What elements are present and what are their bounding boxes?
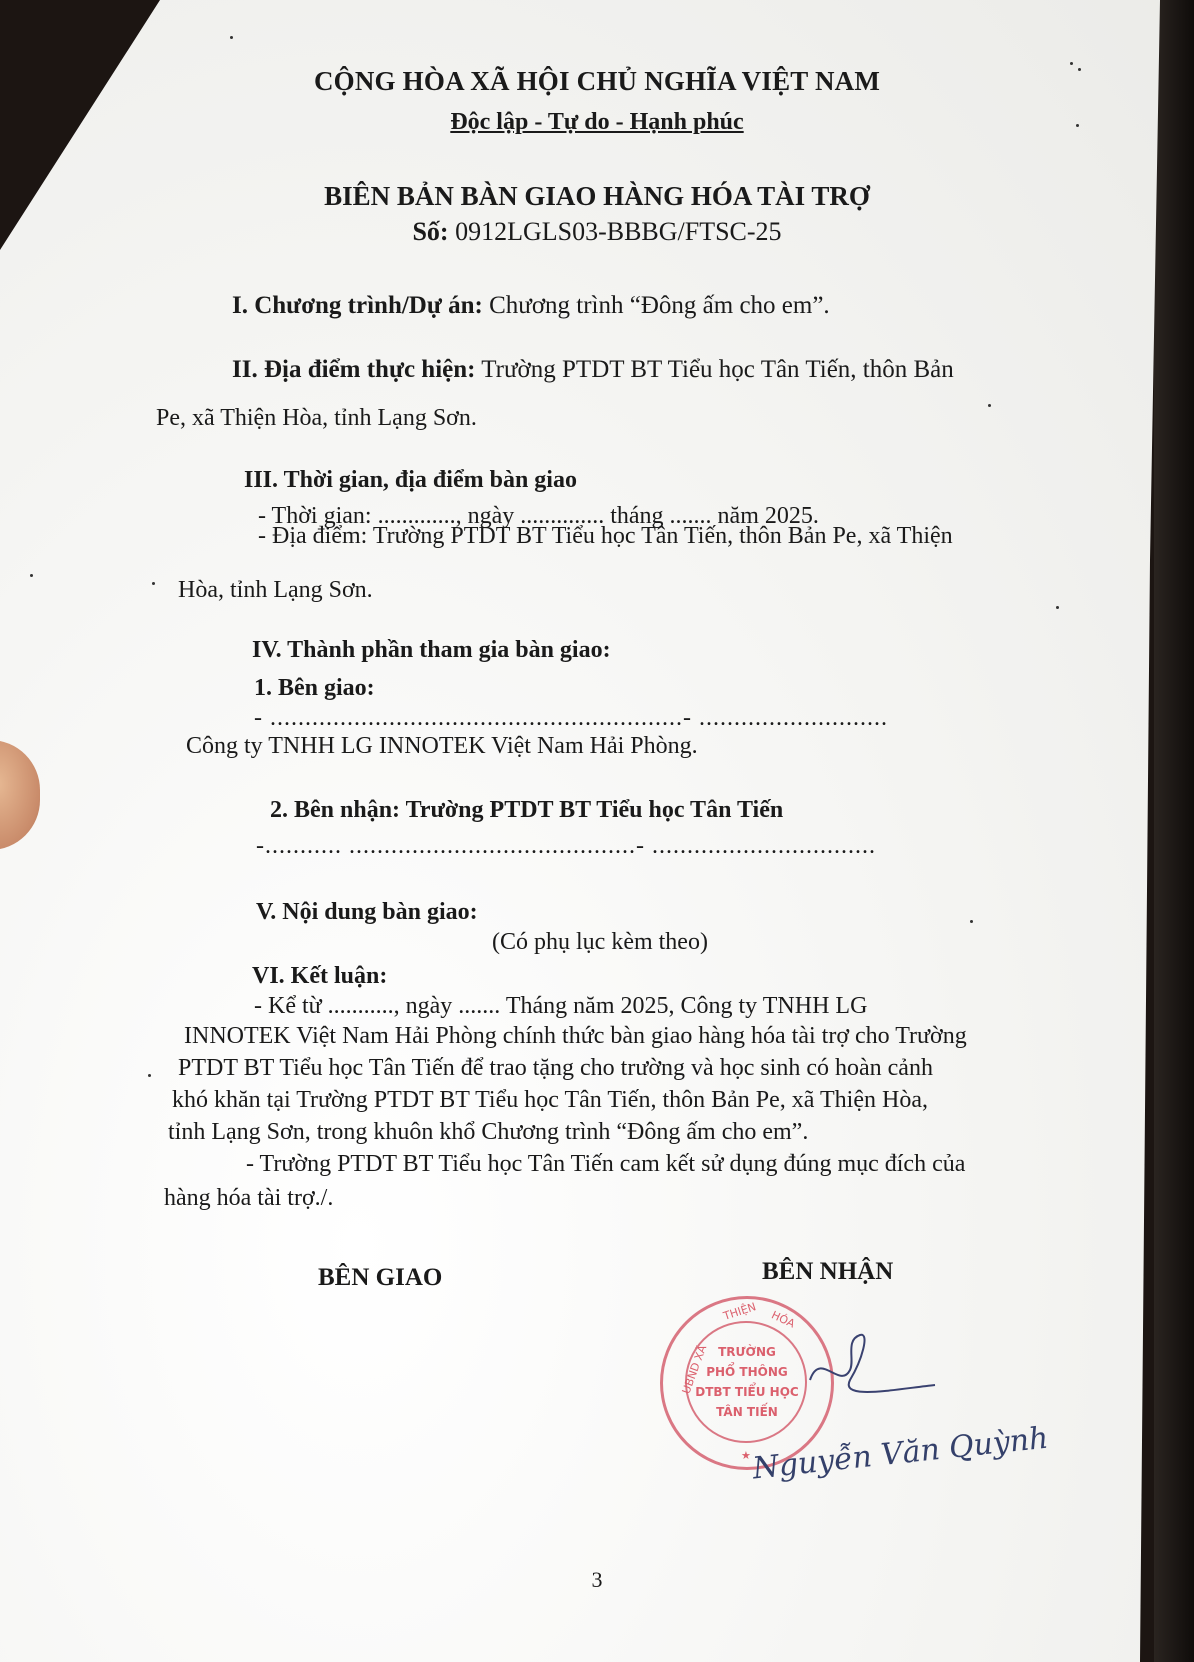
section-1-heading: I. Chương trình/Dự án: <box>232 292 483 319</box>
section-6-heading: VI. Kết luận: <box>252 962 387 990</box>
scan-speck <box>1056 606 1059 609</box>
section-5-note: (Có phụ lục kèm theo) <box>492 928 708 956</box>
section-2-text: Trường PTDT BT Tiểu học Tân Tiến, thôn B… <box>475 356 953 383</box>
conclusion-line-7: hàng hóa tài trợ./. <box>164 1184 333 1212</box>
giver-signature-label: BÊN GIAO <box>318 1264 442 1292</box>
motto: Độc lập - Tự do - Hạnh phúc <box>0 108 1194 136</box>
stamp-inner-ring <box>685 1321 807 1443</box>
receiver-heading: 2. Bên nhận: Trường PTDT BT Tiểu học Tân… <box>270 796 783 824</box>
conclusion-line-5: tỉnh Lạng Sơn, trong khuôn khổ Chương tr… <box>168 1118 808 1146</box>
receiver-signature-scribble <box>800 1330 940 1410</box>
conclusion-line-1: - Kể từ ..........., ngày ....... Tháng … <box>254 992 867 1020</box>
giver-heading: 1. Bên giao: <box>254 674 375 702</box>
section-3-place: - Địa điểm: Trường PTDT BT Tiểu học Tân … <box>258 522 953 550</box>
background-edge <box>1154 0 1194 1662</box>
section-2-text-cont: Pe, xã Thiện Hòa, tỉnh Lạng Sơn. <box>156 404 477 432</box>
section-1: I. Chương trình/Dự án: Chương trình “Đôn… <box>232 292 830 320</box>
number-value: 0912LGLS03-BBBG/FTSC-25 <box>455 217 782 246</box>
receiver-signature-label: BÊN NHẬN <box>762 1258 893 1286</box>
section-3-heading: III. Thời gian, địa điểm bàn giao <box>244 466 577 494</box>
section-2-heading: II. Địa điểm thực hiện: <box>232 356 475 383</box>
section-1-text: Chương trình “Đông ấm cho em”. <box>483 292 830 319</box>
conclusion-line-4: khó khăn tại Trường PTDT BT Tiểu học Tân… <box>172 1086 928 1114</box>
scan-speck <box>148 1074 151 1077</box>
scan-speck <box>30 574 33 577</box>
giver-blank: - ......................................… <box>254 704 888 732</box>
motto-text: Độc lập - Tự do - Hạnh phúc <box>450 109 743 135</box>
scan-speck <box>988 404 991 407</box>
scan-speck <box>1076 124 1079 127</box>
section-4-heading: IV. Thành phần tham gia bàn giao: <box>252 636 611 664</box>
scan-speck <box>230 36 233 39</box>
national-header: CỘNG HÒA XÃ HỘI CHỦ NGHĨA VIỆT NAM <box>0 67 1194 95</box>
conclusion-line-6: - Trường PTDT BT Tiểu học Tân Tiến cam k… <box>246 1150 965 1178</box>
stamp-ring-text: THIỆN <box>722 1300 758 1323</box>
document-title: BIÊN BẢN BÀN GIAO HÀNG HÓA TÀI TRỢ <box>0 182 1194 210</box>
receiver-blank: -........... ...........................… <box>256 832 876 860</box>
stamp-star-icon: ★ <box>741 1449 751 1462</box>
giver-company: Công ty TNHH LG INNOTEK Việt Nam Hải Phò… <box>186 732 698 760</box>
number-label: Số: <box>412 217 455 246</box>
conclusion-line-3: PTDT BT Tiểu học Tân Tiến để trao tặng c… <box>178 1054 933 1082</box>
scan-speck <box>1078 68 1081 71</box>
section-3-place-cont: Hòa, tỉnh Lạng Sơn. <box>178 576 373 604</box>
document-number: Số: 0912LGLS03-BBBG/FTSC-25 <box>0 218 1194 246</box>
section-5-heading: V. Nội dung bàn giao: <box>256 898 478 926</box>
scan-speck <box>152 582 155 585</box>
page-number: 3 <box>0 1566 1194 1594</box>
conclusion-line-2: INNOTEK Việt Nam Hải Phòng chính thức bà… <box>184 1022 967 1050</box>
scan-speck <box>1070 62 1073 65</box>
section-2: II. Địa điểm thực hiện: Trường PTDT BT T… <box>232 356 954 384</box>
document-page: CỘNG HÒA XÃ HỘI CHỦ NGHĨA VIỆT NAM Độc l… <box>0 0 1194 1662</box>
scan-speck <box>970 920 973 923</box>
